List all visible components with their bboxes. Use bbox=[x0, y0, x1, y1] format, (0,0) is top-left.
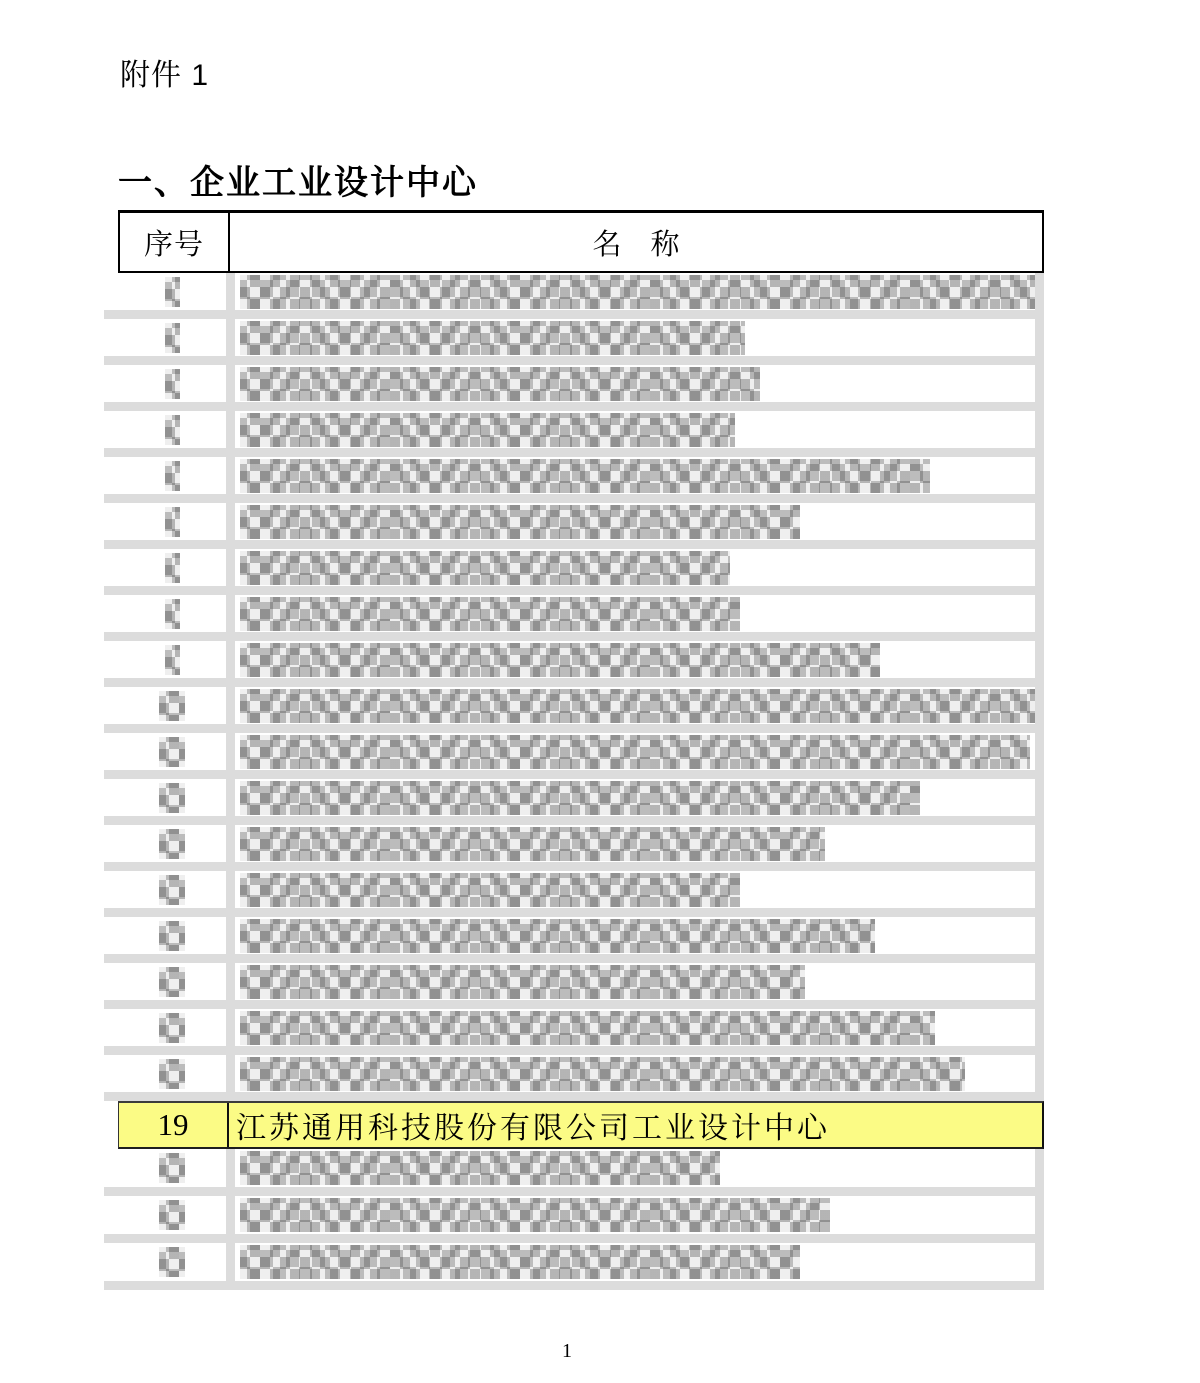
highlighted-row-index: 19 bbox=[119, 1103, 229, 1147]
pixelated-name bbox=[240, 321, 745, 355]
redacted-name-cell bbox=[235, 595, 1044, 632]
section-title: 一、企业工业设计中心 bbox=[118, 155, 478, 204]
redacted-index-cell bbox=[118, 963, 235, 1000]
header-cell-index: 序号 bbox=[120, 213, 230, 271]
pixelated-number bbox=[159, 783, 185, 813]
pixelated-number bbox=[159, 967, 185, 997]
redacted-name-cell bbox=[235, 549, 1044, 586]
redacted-name-cell bbox=[235, 411, 1044, 448]
pixelated-name bbox=[240, 1198, 830, 1232]
pixelated-name bbox=[240, 1151, 720, 1185]
redacted-row bbox=[104, 1055, 1044, 1101]
redacted-index-cell bbox=[118, 1149, 235, 1187]
redacted-row bbox=[104, 549, 1044, 595]
redacted-name-cell bbox=[235, 457, 1044, 494]
redacted-row bbox=[104, 825, 1044, 871]
page-number: 1 bbox=[562, 1340, 572, 1362]
pixelated-number bbox=[159, 737, 185, 767]
redacted-row bbox=[104, 595, 1044, 641]
redacted-index-cell bbox=[118, 365, 235, 402]
pixelated-number bbox=[165, 277, 180, 307]
pixelated-name bbox=[240, 827, 825, 861]
pixelated-name bbox=[240, 919, 875, 953]
pixelated-name bbox=[240, 505, 800, 539]
redacted-name-cell bbox=[235, 1243, 1044, 1281]
pixelated-number bbox=[165, 461, 180, 491]
pixelated-name bbox=[240, 1011, 935, 1045]
redacted-index-cell bbox=[118, 319, 235, 356]
redacted-index-cell bbox=[118, 779, 235, 816]
redacted-row bbox=[104, 779, 1044, 825]
redacted-name-cell bbox=[235, 963, 1044, 1000]
pixelated-name bbox=[240, 413, 735, 447]
redacted-index-cell bbox=[118, 871, 235, 908]
redacted-row bbox=[104, 687, 1044, 733]
redacted-name-cell bbox=[235, 1149, 1044, 1187]
pixelated-name bbox=[240, 643, 880, 677]
pixelated-name bbox=[240, 459, 930, 493]
redacted-index-cell bbox=[118, 825, 235, 862]
pixelated-number bbox=[165, 369, 180, 399]
pixelated-number bbox=[165, 645, 180, 675]
attachment-label: 附件 1 bbox=[120, 50, 209, 94]
redacted-index-cell bbox=[118, 1243, 235, 1281]
redacted-row bbox=[104, 273, 1044, 319]
redacted-row bbox=[104, 733, 1044, 779]
redacted-row bbox=[104, 917, 1044, 963]
pixelated-number bbox=[159, 1153, 185, 1183]
redacted-name-cell bbox=[235, 503, 1044, 540]
redacted-index-cell bbox=[118, 411, 235, 448]
pixelated-number bbox=[165, 507, 180, 537]
highlighted-row: 19 江苏通用科技股份有限公司工业设计中心 bbox=[118, 1101, 1044, 1149]
redacted-name-cell bbox=[235, 687, 1044, 724]
redacted-index-cell bbox=[118, 595, 235, 632]
pixelated-number bbox=[165, 415, 180, 445]
redacted-row bbox=[104, 963, 1044, 1009]
redacted-index-cell bbox=[118, 1055, 235, 1092]
pixelated-number bbox=[165, 599, 180, 629]
redacted-name-cell bbox=[235, 365, 1044, 402]
redacted-name-cell bbox=[235, 319, 1044, 356]
redacted-name-cell bbox=[235, 1009, 1044, 1046]
redacted-index-cell bbox=[118, 641, 235, 678]
redacted-index-cell bbox=[118, 917, 235, 954]
redacted-name-cell bbox=[235, 1196, 1044, 1234]
redacted-row bbox=[104, 411, 1044, 457]
redacted-row bbox=[104, 457, 1044, 503]
redacted-rows-before bbox=[118, 273, 1044, 1101]
redacted-row bbox=[104, 1149, 1044, 1196]
pixelated-name bbox=[240, 551, 730, 585]
redacted-index-cell bbox=[118, 733, 235, 770]
redacted-name-cell bbox=[235, 1055, 1044, 1092]
pixelated-number bbox=[159, 829, 185, 859]
pixelated-name bbox=[240, 597, 740, 631]
redacted-row bbox=[104, 1243, 1044, 1290]
redacted-index-cell bbox=[118, 1196, 235, 1234]
redacted-index-cell bbox=[118, 687, 235, 724]
pixelated-number bbox=[165, 553, 180, 583]
pixelated-name bbox=[240, 873, 740, 907]
redacted-name-cell bbox=[235, 641, 1044, 678]
pixelated-name bbox=[240, 275, 1035, 309]
redacted-row bbox=[104, 365, 1044, 411]
pixelated-number bbox=[159, 921, 185, 951]
pixelated-number bbox=[159, 691, 185, 721]
redacted-row bbox=[104, 871, 1044, 917]
document-page: 附件 1 一、企业工业设计中心 序号 名 称 19 江苏通用科技股份有限公司工业… bbox=[0, 0, 1200, 1383]
redacted-index-cell bbox=[118, 1009, 235, 1046]
redacted-row bbox=[104, 1009, 1044, 1055]
redacted-index-cell bbox=[118, 503, 235, 540]
pixelated-number bbox=[159, 1200, 185, 1230]
highlighted-row-name: 江苏通用科技股份有限公司工业设计中心 bbox=[229, 1103, 1042, 1147]
header-cell-name: 名 称 bbox=[230, 213, 1042, 271]
redacted-row bbox=[104, 641, 1044, 687]
pixelated-number bbox=[165, 323, 180, 353]
table-header-row: 序号 名 称 bbox=[118, 210, 1044, 273]
redacted-row bbox=[104, 503, 1044, 549]
pixelated-number bbox=[159, 875, 185, 905]
redacted-index-cell bbox=[118, 457, 235, 494]
pixelated-name bbox=[240, 735, 1030, 769]
pixelated-name bbox=[240, 689, 1035, 723]
pixelated-name bbox=[240, 367, 760, 401]
pixelated-name bbox=[240, 965, 805, 999]
redacted-name-cell bbox=[235, 825, 1044, 862]
pixelated-name bbox=[240, 1057, 965, 1091]
redacted-row bbox=[104, 319, 1044, 365]
redacted-name-cell bbox=[235, 273, 1044, 310]
pixelated-number bbox=[159, 1059, 185, 1089]
page-footer: 1 bbox=[0, 1340, 1134, 1363]
design-center-table: 序号 名 称 19 江苏通用科技股份有限公司工业设计中心 bbox=[118, 210, 1044, 1290]
redacted-index-cell bbox=[118, 273, 235, 310]
pixelated-name bbox=[240, 781, 920, 815]
pixelated-number bbox=[159, 1013, 185, 1043]
redacted-name-cell bbox=[235, 871, 1044, 908]
redacted-row bbox=[104, 1196, 1044, 1243]
redacted-name-cell bbox=[235, 733, 1044, 770]
pixelated-number bbox=[159, 1247, 185, 1277]
redacted-name-cell bbox=[235, 779, 1044, 816]
pixelated-name bbox=[240, 1245, 800, 1279]
redacted-name-cell bbox=[235, 917, 1044, 954]
redacted-index-cell bbox=[118, 549, 235, 586]
redacted-rows-after bbox=[118, 1149, 1044, 1290]
